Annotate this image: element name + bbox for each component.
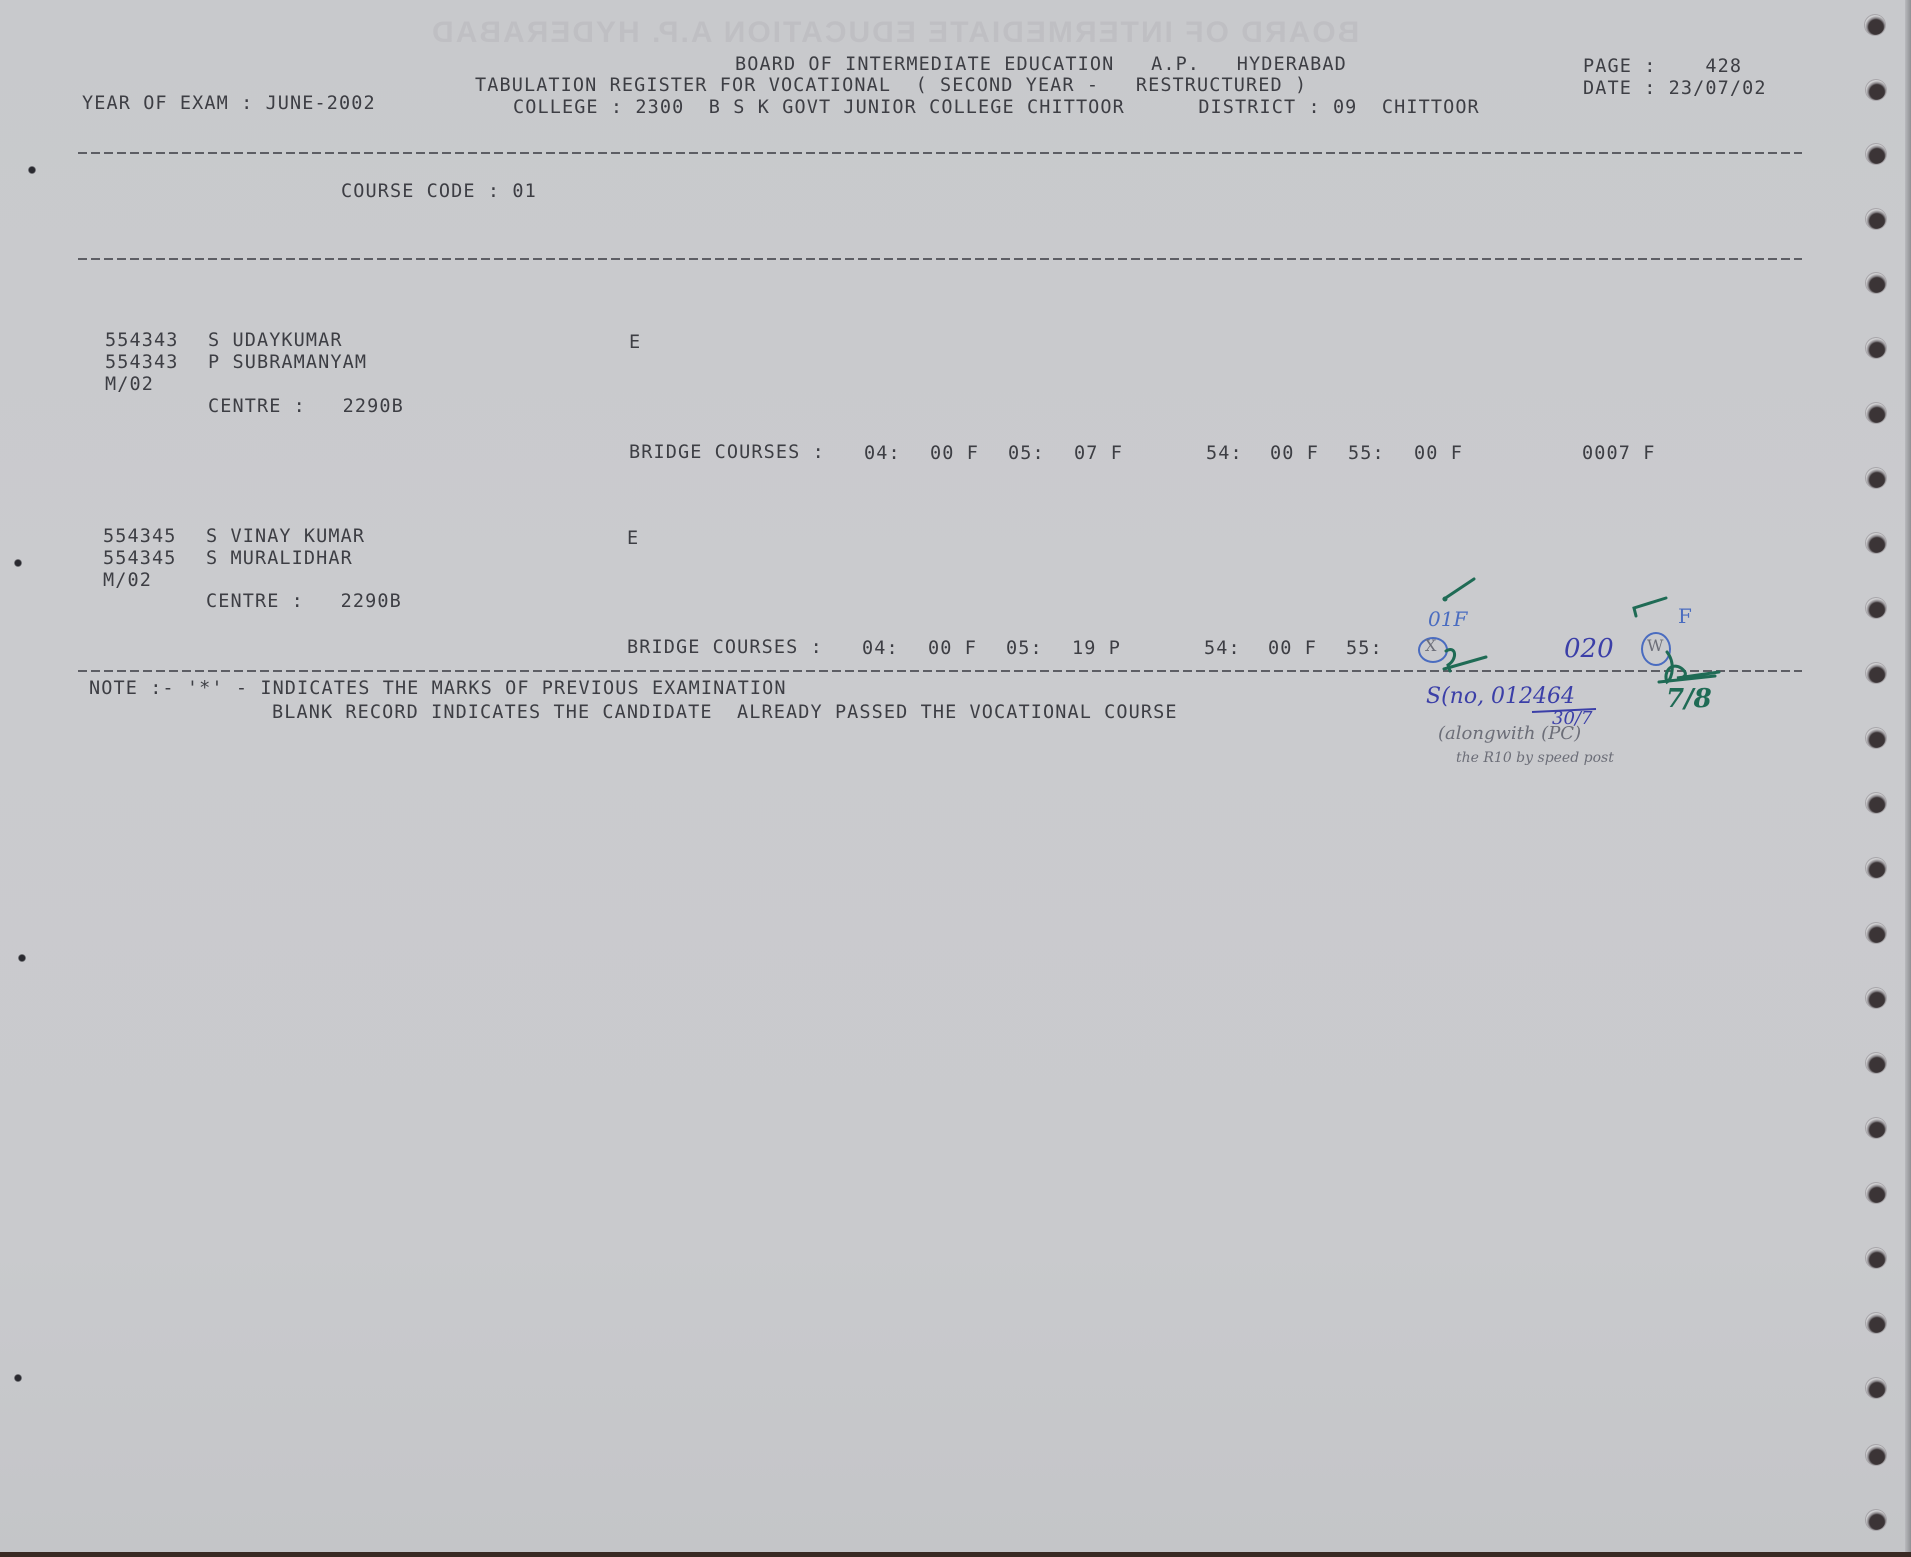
paper-edge — [1905, 0, 1911, 1557]
parent-name: S MURALIDHAR — [206, 549, 353, 569]
bridge-code: 05: — [1006, 639, 1043, 659]
sprocket-hole-icon — [1866, 403, 1886, 423]
sprocket-hole-icon — [1866, 273, 1886, 293]
bridge-label: BRIDGE COURSES : — [627, 638, 823, 658]
parent-name: P SUBRAMANYAM — [208, 353, 367, 373]
bridge-total: 0007 F — [1582, 444, 1655, 464]
sprocket-hole-icon — [1866, 80, 1886, 100]
grade: E — [629, 333, 641, 353]
bridge-marks: 00 F — [1268, 639, 1317, 659]
year-of-exam: YEAR OF EXAM : JUNE-2002 — [82, 94, 376, 114]
note-line: BLANK RECORD INDICATES THE CANDIDATE ALR… — [272, 703, 1178, 723]
sprocket-hole-icon — [1866, 338, 1886, 358]
signature-scribble-icon — [1440, 645, 1490, 675]
sprocket-hole-icon — [1866, 209, 1886, 229]
page-number: PAGE : 428 — [1583, 57, 1742, 77]
handwritten-remark: the R10 by speed post — [1456, 750, 1614, 766]
handwritten-remark: (alongwith (PC) — [1438, 723, 1581, 744]
sprocket-hole-icon — [1866, 988, 1886, 1008]
register-title: TABULATION REGISTER FOR VOCATIONAL ( SEC… — [475, 76, 1307, 96]
tick-mark-icon — [1440, 575, 1480, 605]
separator-line — [78, 258, 1802, 260]
bridge-marks: 00 F — [1270, 444, 1319, 464]
handwritten-date: 7/8 — [1666, 684, 1712, 714]
roll-number: 554345 — [103, 549, 176, 569]
bleed-through-title: BOARD OF INTERMEDIATE EDUCATION A.P. HYD… — [430, 16, 1359, 50]
bridge-code: 54: — [1206, 444, 1243, 464]
sprocket-hole-icon — [1866, 858, 1886, 878]
category: M/02 — [105, 375, 154, 395]
sprocket-hole-icon — [1866, 1510, 1886, 1530]
board-title: BOARD OF INTERMEDIATE EDUCATION A.P. HYD… — [735, 55, 1347, 75]
separator-line — [78, 152, 1802, 154]
sprocket-hole-icon — [1866, 728, 1886, 748]
course-code: COURSE CODE : 01 — [341, 182, 537, 202]
sprocket-hole-icon — [1866, 1118, 1886, 1138]
sprocket-hole-icon — [1866, 1445, 1886, 1465]
sprocket-hole-icon — [1866, 533, 1886, 553]
roll-number: 554345 — [103, 527, 176, 547]
grade: E — [627, 529, 639, 549]
handwritten-marks: 01F — [1428, 607, 1467, 631]
candidate-name: S UDAYKUMAR — [208, 331, 343, 351]
note-line: NOTE :- '*' - INDICATES THE MARKS OF PRE… — [89, 679, 787, 699]
bridge-code: 54: — [1204, 639, 1241, 659]
sprocket-hole-icon — [1866, 468, 1886, 488]
roll-number: 554343 — [105, 331, 178, 351]
paper-edge — [0, 1552, 1911, 1557]
circled-letter: X — [1425, 636, 1436, 655]
print-date: DATE : 23/07/02 — [1583, 79, 1767, 99]
bridge-code: 55: — [1348, 444, 1385, 464]
bridge-code: 04: — [862, 639, 899, 659]
bridge-marks: 00 F — [1414, 444, 1463, 464]
sprocket-hole-icon — [1866, 1053, 1886, 1073]
candidate-name: S VINAY KUMAR — [206, 527, 365, 547]
sprocket-hole-icon — [1866, 923, 1886, 943]
bridge-marks: 07 F — [1074, 444, 1123, 464]
roll-number: 554343 — [105, 353, 178, 373]
tick-mark-icon — [1630, 596, 1670, 622]
sprocket-hole-icon — [1865, 15, 1885, 35]
bridge-marks: 19 P — [1072, 639, 1121, 659]
staple-hole-icon — [28, 166, 36, 174]
sprocket-hole-icon — [1866, 1313, 1886, 1333]
sprocket-hole-icon — [1866, 144, 1886, 164]
bridge-marks: 00 F — [928, 639, 977, 659]
handwritten-reference: S(no, 012464 — [1426, 684, 1575, 709]
college-district-line: COLLEGE : 2300 B S K GOVT JUNIOR COLLEGE… — [513, 98, 1480, 118]
sprocket-hole-icon — [1866, 1183, 1886, 1203]
centre: CENTRE : 2290B — [206, 592, 402, 612]
sprocket-hole-icon — [1866, 793, 1886, 813]
bridge-label: BRIDGE COURSES : — [629, 443, 825, 463]
handwritten-total: 020 — [1564, 634, 1614, 664]
handwritten-grade: F — [1678, 604, 1692, 628]
category: M/02 — [103, 571, 152, 591]
staple-hole-icon — [14, 559, 22, 567]
bridge-marks: 00 F — [930, 444, 979, 464]
initials-scribble-icon — [1655, 648, 1725, 688]
staple-hole-icon — [18, 954, 26, 962]
sprocket-hole-icon — [1866, 1378, 1886, 1398]
bridge-code: 04: — [864, 444, 901, 464]
sprocket-hole-icon — [1866, 598, 1886, 618]
sprocket-hole-icon — [1866, 1248, 1886, 1268]
staple-hole-icon — [14, 1374, 22, 1382]
separator-line — [78, 670, 1802, 672]
bridge-code: 55: — [1346, 639, 1383, 659]
bridge-code: 05: — [1008, 444, 1045, 464]
centre: CENTRE : 2290B — [208, 397, 404, 417]
sprocket-hole-icon — [1866, 663, 1886, 683]
